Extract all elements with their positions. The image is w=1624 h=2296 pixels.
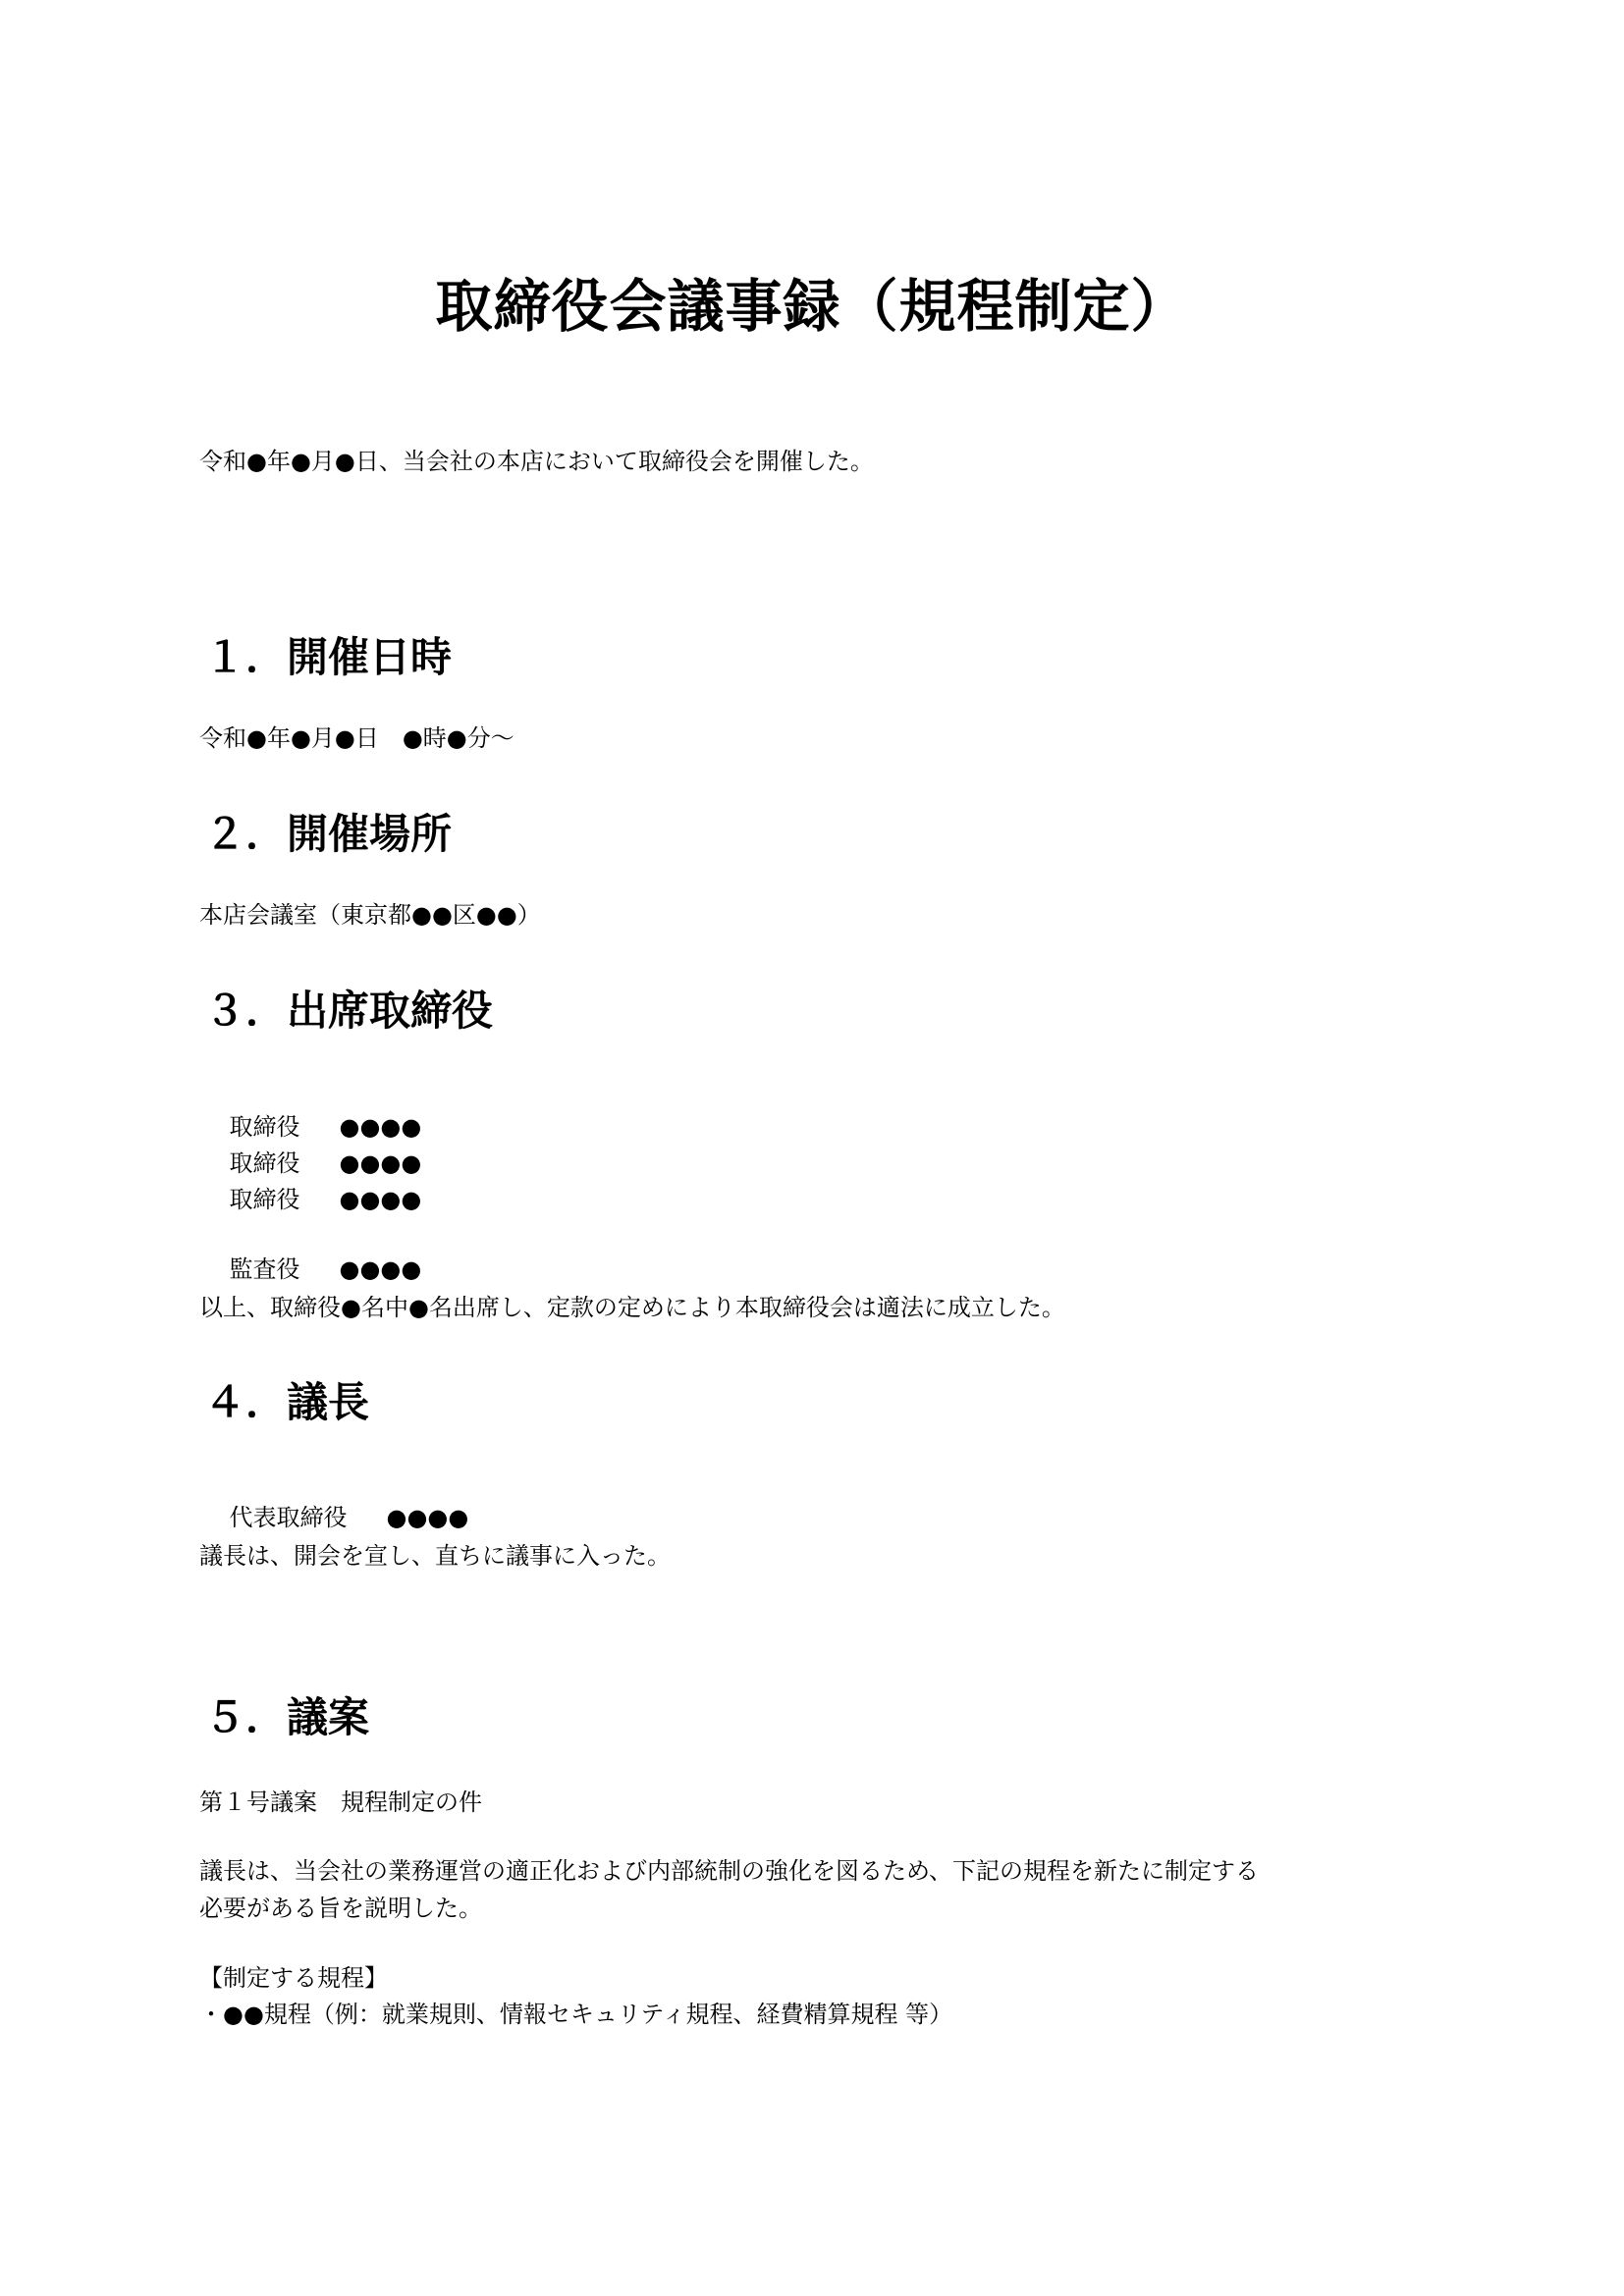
attendee-name: ●●●●	[340, 1186, 422, 1213]
section-heading-place: ２．開催場所	[204, 808, 452, 861]
section-heading-chair: ４．議長	[204, 1376, 369, 1429]
meeting-place: 本店会議室（東京都●●区●●）	[199, 899, 541, 931]
proposal-explanation-line-1: 議長は、当会社の業務運営の適正化および内部統制の強化を図るため、下記の規程を新た…	[199, 1855, 1259, 1887]
chair-name: ●●●●	[387, 1504, 469, 1531]
regulation-list-header: 【制定する規程】	[199, 1962, 388, 1994]
section-heading-proposal: ５．議案	[204, 1691, 369, 1744]
document-page: 取締役会議事録（規程制定） 令和●年●月●日、当会社の本店において取締役会を開催…	[0, 0, 1624, 2296]
quorum-statement: 以上、取締役●名中●名出席し、定款の定めにより本取締役会は適法に成立した。	[199, 1292, 1065, 1323]
section-heading-attendees: ３．出席取締役	[204, 985, 493, 1038]
proposal-explanation-line-2: 必要がある旨を説明した。	[199, 1893, 482, 1924]
chair-role: 代表取締役	[230, 1504, 348, 1531]
regulation-list-item: ・●●規程（例：就業規則、情報セキュリティ規程、経費精算規程 等）	[199, 1999, 952, 2030]
document-title: 取締役会議事録（規程制定）	[0, 271, 1624, 342]
meeting-datetime: 令和●年●月●日 ●時●分～	[199, 722, 514, 754]
section-heading-datetime: １．開催日時	[204, 631, 452, 684]
proposal-title: 第１号議案 規程制定の件	[199, 1787, 482, 1818]
attendee-role: 取締役	[230, 1186, 300, 1213]
intro-paragraph: 令和●年●月●日、当会社の本店において取締役会を開催した。	[199, 446, 874, 477]
chair-statement: 議長は、開会を宣し、直ちに議事に入った。	[199, 1540, 671, 1572]
auditor-name: ●●●●	[340, 1255, 422, 1283]
auditor-role: 監査役	[230, 1255, 300, 1283]
